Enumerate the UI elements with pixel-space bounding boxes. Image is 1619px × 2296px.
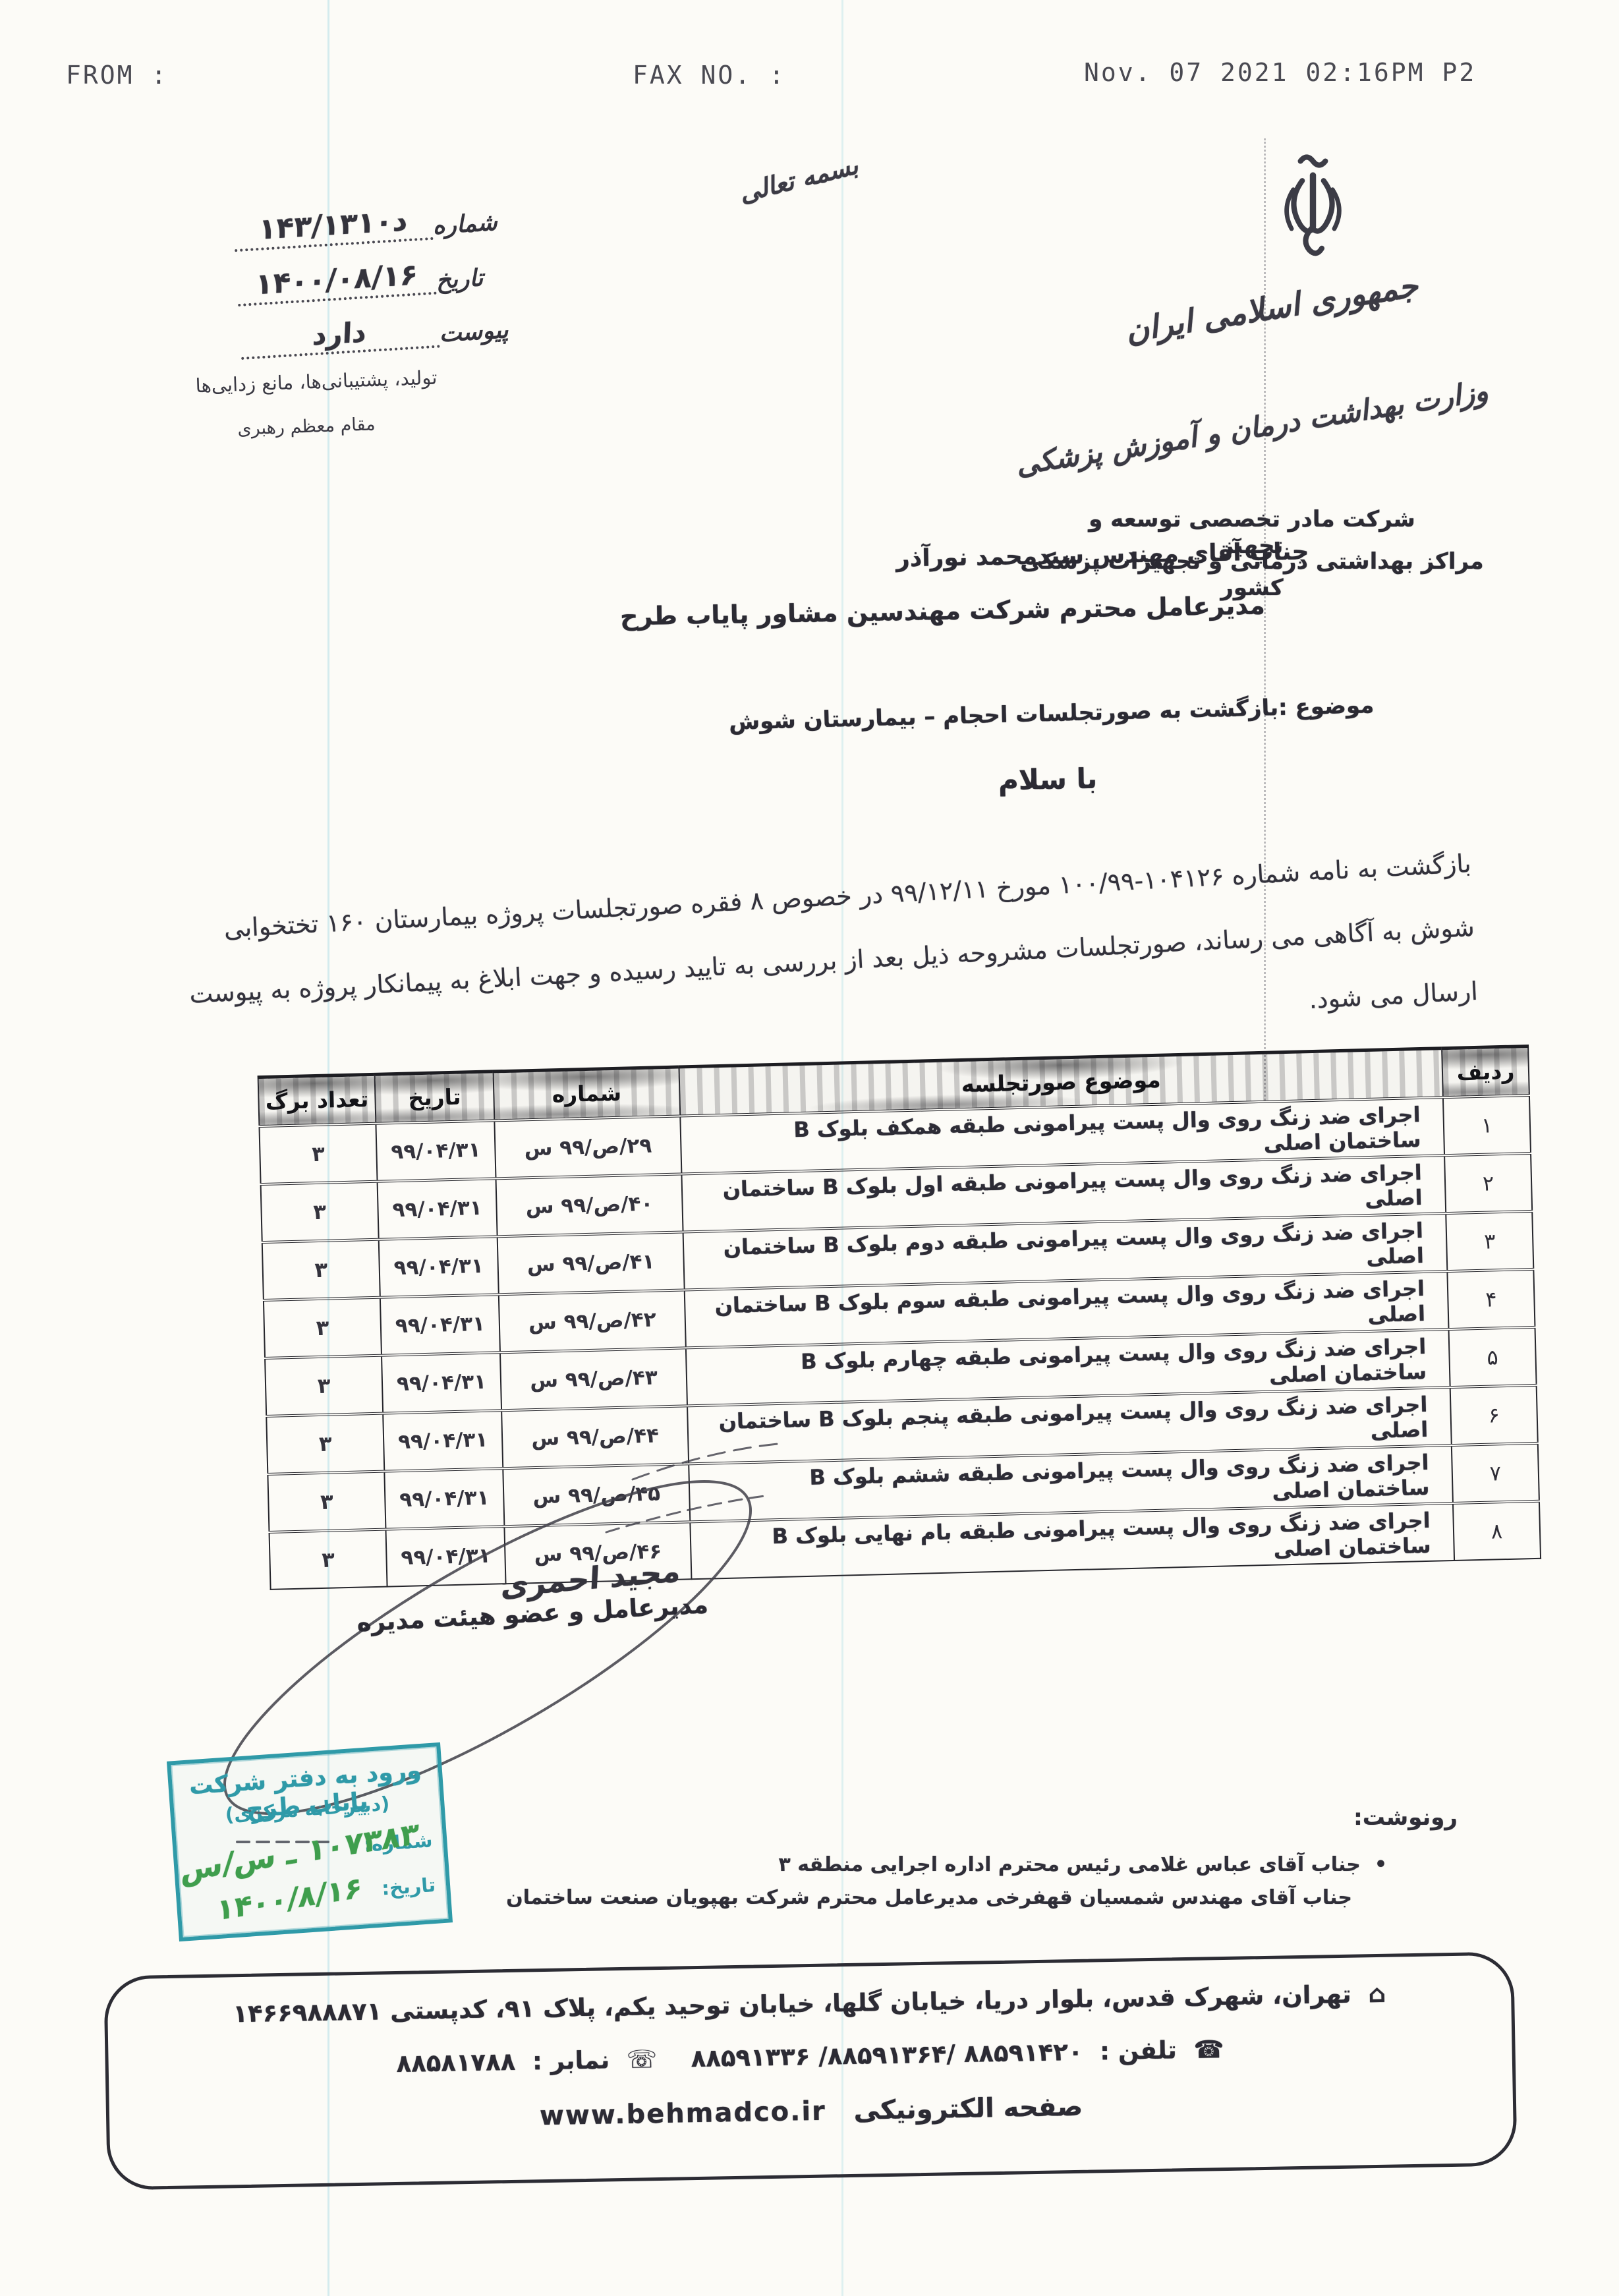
cc-item: • جناب آقای عباس غلامی رئیس محترم اداره …: [779, 1853, 1387, 1876]
stamp-date-handwritten: ۱۴۰۰/۸/۱۶: [216, 1871, 362, 1928]
table-cell: ۹۹/۰۴/۳۱: [380, 1294, 500, 1355]
ref-date-value: ۱۴۰۰/۰۸/۱۶: [254, 258, 418, 301]
ref-date-label: تاریخ: [435, 262, 521, 295]
col-header-number: شماره: [494, 1067, 681, 1120]
table-cell: ۴۳/ص/۹۹ س: [500, 1348, 687, 1410]
office-entry-stamp: ورود به دفتر شرکت پایاب طرح (دبیرخانه مر…: [167, 1742, 453, 1941]
table-cell: ۸: [1453, 1501, 1541, 1560]
ref-number-label: شماره: [432, 208, 517, 240]
footer-fax-label: نمابر :: [532, 2046, 610, 2075]
cc-item: جناب آقای مهندس شمسیان قهفرخی مدیرعامل م…: [506, 1886, 1352, 1909]
table-cell: ۲: [1444, 1153, 1532, 1213]
building-icon: ⌂: [1368, 1980, 1386, 2008]
salutation: با سلام: [998, 762, 1098, 797]
fax-document-page: FROM : FAX NO. : Nov. 07 2021 02:16PM P2…: [0, 0, 1619, 2296]
table-cell: ۳: [259, 1123, 377, 1184]
table-cell: ۴: [1447, 1269, 1535, 1329]
footer-contact-box: ⌂ تهران، شهرک قدس، بلوار دریا، خیابان گل…: [103, 1951, 1517, 2190]
ref-attachment-line: دارد: [239, 312, 440, 360]
table-cell: ۳: [264, 1297, 382, 1358]
stamp-date-label: تاریخ:: [381, 1874, 436, 1900]
fax-from-label: FROM :: [66, 61, 168, 90]
table-cell: ۱: [1443, 1095, 1531, 1155]
slogan-line1: تولید، پشتیبانی‌ها، مانع زدایی‌ها: [191, 366, 442, 397]
table-cell: ۵: [1449, 1327, 1537, 1387]
table-cell: ۹۹/۰۴/۳۱: [379, 1236, 499, 1297]
ref-number-line: د۱۴۳/۱۳۱۰: [233, 202, 434, 252]
iran-emblem-icon: [1268, 150, 1357, 281]
table-cell: ۴۰/ص/۹۹ س: [496, 1174, 683, 1236]
fax-number-label: FAX NO. :: [633, 61, 786, 90]
ref-date-line: ۱۴۰۰/۰۸/۱۶: [236, 257, 437, 306]
phone-icon: ☎: [1193, 2035, 1224, 2064]
footer-web-label: صفحه الکترونیکی: [853, 2092, 1083, 2126]
ref-date-row: تاریخ ۱۴۰۰/۰۸/۱۶: [236, 252, 521, 306]
ref-fields-block: شماره د۱۴۳/۱۳۱۰ تاریخ ۱۴۰۰/۰۸/۱۶ پیوست د…: [233, 197, 525, 377]
table-cell: ۹۹/۰۴/۳۱: [382, 1352, 501, 1413]
footer-address: تهران، شهرک قدس، بلوار دریا، خیابان گلها…: [233, 1980, 1351, 2028]
besmellah-text: بسمه تعالی: [736, 150, 861, 208]
table-cell: ۴۲/ص/۹۹ س: [499, 1290, 686, 1352]
cc-item-text: جناب آقای مهندس شمسیان قهفرخی مدیرعامل م…: [506, 1886, 1352, 1909]
fax-icon: ☏: [627, 2045, 658, 2074]
footer-fax-number: ۸۸۵۸۱۷۸۸: [396, 2048, 515, 2078]
table-cell: ۳: [261, 1181, 379, 1242]
footer-address-line: ⌂ تهران، شهرک قدس، بلوار دریا، خیابان گل…: [107, 1977, 1511, 2030]
ref-number-row: شماره د۱۴۳/۱۳۱۰: [233, 197, 518, 252]
table-cell: ۲۹/ص/۹۹ س: [494, 1116, 681, 1178]
col-header-date: تاریخ: [375, 1072, 495, 1123]
recipient-title: مدیرعامل محترم شرکت مهندسین مشاور پایاب …: [620, 590, 1265, 631]
table-cell: ۳: [1446, 1211, 1533, 1271]
table-cell: ۳: [265, 1355, 383, 1416]
ref-attachment-row: پیوست دارد: [239, 306, 525, 360]
table-cell: ۴۱/ص/۹۹ س: [497, 1232, 685, 1294]
ref-number-value: د۱۴۳/۱۳۱۰: [258, 204, 408, 246]
table-cell: ۹۹/۰۴/۳۱: [376, 1120, 496, 1181]
table-cell: ۳: [262, 1239, 380, 1300]
footer-web-line: صفحه الکترونیکی www.behmadco.ir: [109, 2084, 1513, 2138]
footer-phone-line: ☎ تلفن : ۸۸۵۹۱۴۲۰ /۸۸۵۹۱۳۶۴/ ۸۸۵۹۱۳۳۶ ☏ …: [108, 2030, 1512, 2082]
col-header-pages: تعداد برگ: [258, 1074, 376, 1126]
table-cell: ۶: [1450, 1385, 1538, 1445]
cc-item-text: جناب آقای عباس غلامی رئیس محترم اداره اج…: [779, 1853, 1361, 1876]
footer-website: www.behmadco.ir: [540, 2096, 827, 2132]
ref-attachment-label: پیوست: [438, 316, 524, 348]
col-header-row-no: ردیف: [1442, 1047, 1529, 1097]
letterhead-ministry: وزارت بهداشت درمان و آموزش پزشکی: [982, 370, 1521, 487]
footer-phone-label: تلفن :: [1100, 2036, 1177, 2065]
bullet-icon: •: [1375, 1853, 1387, 1876]
fax-timestamp: Nov. 07 2021 02:16PM P2: [1084, 58, 1476, 87]
table-cell: ۷: [1452, 1443, 1539, 1503]
slogan-line2: مقام معظم رهبری: [221, 413, 393, 440]
subject-line: موضوع :بازگشت به صورتجلسات احجام – بیمار…: [728, 692, 1374, 735]
ref-attachment-value: دارد: [312, 316, 367, 351]
cc-label: رونوشت:: [1353, 1804, 1458, 1831]
footer-phone-numbers: ۸۸۵۹۱۴۲۰ /۸۸۵۹۱۳۶۴/ ۸۸۵۹۱۳۳۶: [691, 2038, 1083, 2073]
table-cell: ۹۹/۰۴/۳۱: [378, 1178, 497, 1239]
